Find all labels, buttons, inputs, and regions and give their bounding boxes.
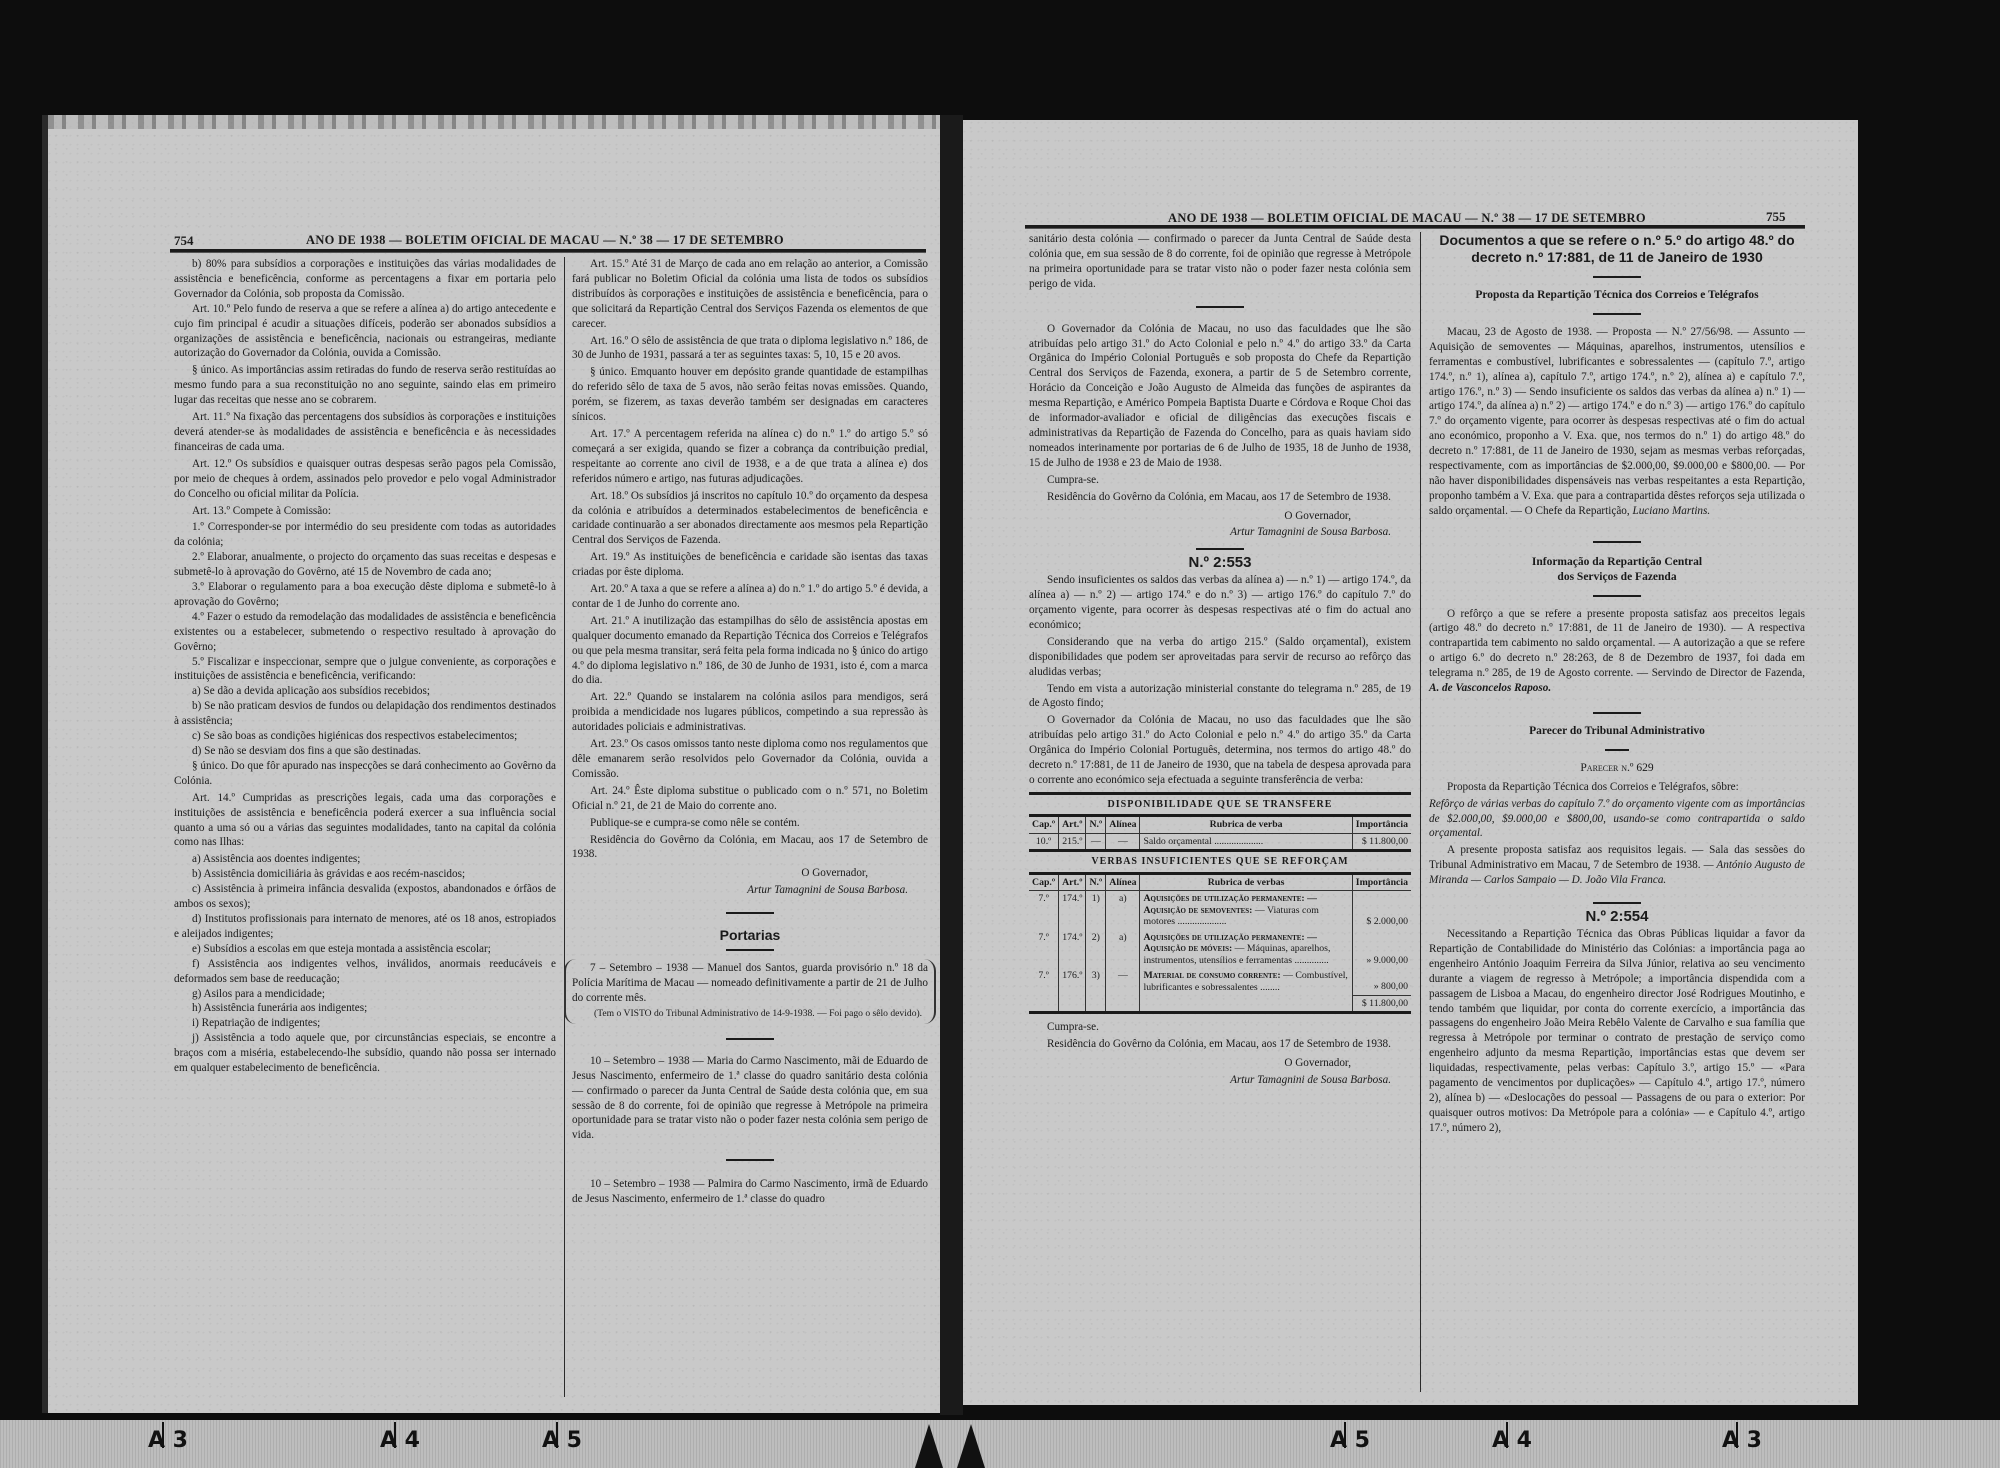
n2554-text: Necessitando a Repartição Técnica das Ob…: [1429, 927, 1805, 1136]
separator: [726, 1159, 774, 1161]
frame-marker-label: A 3: [1722, 1428, 1762, 1453]
proposta-signer: Luciano Martins.: [1632, 505, 1710, 517]
table-row: 7.º176.º3)—Material de consumo corrente:…: [1029, 968, 1411, 995]
residencia-text: Residência do Govêrno da Colónia, em Mac…: [1029, 490, 1411, 505]
table-column-header: Importância: [1352, 816, 1411, 834]
article-paragraph: Art. 11.º Na fixação das percentagens do…: [174, 410, 556, 455]
table-column-header: N.º: [1086, 816, 1106, 834]
separator: [1196, 548, 1244, 550]
frame-marker-label: A 4: [380, 1428, 420, 1453]
signature-name: Artur Tamagnini de Sousa Barbosa.: [1029, 1073, 1411, 1088]
table-row: 10.º215.º——Saldo orçamental ............…: [1029, 833, 1411, 851]
cell-cap: 7.º: [1029, 930, 1059, 969]
frame-marker-label: A 5: [542, 1428, 582, 1453]
article-paragraph: i) Repatriação de indigentes;: [174, 1016, 556, 1031]
signature-title: O Governador,: [1029, 509, 1411, 524]
article-paragraph: b) 80% para subsídios a corporações e in…: [174, 257, 556, 302]
cell-art: 215.º: [1059, 833, 1086, 851]
article-paragraph: Art. 23.º Os casos omissos tanto neste d…: [572, 737, 928, 782]
separator: [726, 912, 774, 914]
article-paragraph: d) Institutos profissionais para interna…: [174, 912, 556, 942]
center-alignment-wedge-right: [957, 1424, 985, 1468]
portaria-entry-bracketed: 7 – Setembro – 1938 — Manuel dos Santos,…: [564, 959, 936, 1024]
article-paragraph: Art. 12.º Os subsídios e quaisquer outra…: [174, 457, 556, 502]
table-header-row: Cap.ºArt.ºN.ºAlíneaRubrica de verbaImpor…: [1029, 816, 1411, 834]
table-column-header: Cap.º: [1029, 873, 1059, 891]
left-page-column-1: b) 80% para subsídios a corporações e in…: [174, 257, 556, 1076]
informacao-body: O refôrço a que se refere a presente pro…: [1429, 608, 1805, 680]
informacao-signer: A. de Vasconcelos Raposo.: [1429, 682, 1551, 694]
table-total: $ 11.800,00: [1352, 995, 1411, 1013]
table-row: 7.º174.º1)a)Aquisições de utilização per…: [1029, 891, 1411, 930]
cell-n: —: [1086, 833, 1106, 851]
signature-name: Artur Tamagnini de Sousa Barbosa.: [572, 883, 928, 898]
page-top-edge: [48, 115, 940, 129]
diploma-number-2553: N.º 2:553: [1029, 556, 1411, 571]
article-paragraph: Art. 18.º Os subsídios já inscritos no c…: [572, 489, 928, 549]
right-page-column-1: sanitário desta colónia — confirmado o p…: [1029, 232, 1411, 1094]
center-alignment-wedge-left: [915, 1424, 943, 1468]
cell-rubrica: Saldo orçamental ....................: [1140, 833, 1352, 851]
section-title-portarias: Portarias: [572, 928, 928, 943]
separator: [1593, 313, 1641, 315]
separator: [726, 949, 774, 951]
running-head: ANO DE 1938 — BOLETIM OFICIAL DE MACAU —…: [1168, 211, 1646, 226]
cell-art: 176.º: [1059, 968, 1086, 995]
article-paragraph: h) Assistência funerária aos indigentes;: [174, 1001, 556, 1016]
separator: [1593, 541, 1641, 543]
article-paragraph: § único. Do que fôr apurado nas inspecçõ…: [174, 759, 556, 789]
signature-title: O Governador,: [572, 866, 928, 881]
documents-title: Documentos a que se refere o n.º 5.º do …: [1429, 232, 1805, 266]
table-caption-transfer: DISPONIBILIDADE QUE SE TRANSFERE: [1029, 793, 1411, 816]
cell-alinea: a): [1106, 891, 1140, 930]
table-column-header: Rubrica de verbas: [1140, 873, 1352, 891]
article-paragraph: c) Assistência à primeira infância desva…: [174, 882, 556, 912]
cell-rubrica: Aquisições de utilização permanente: — A…: [1140, 891, 1352, 930]
signature-title: O Governador,: [1029, 1056, 1411, 1071]
article-paragraph: 1.º Corresponder-se por intermédio do se…: [174, 520, 556, 550]
article-paragraph: 4.º Fazer o estudo da remodelação das mo…: [174, 610, 556, 655]
article-paragraph: Art. 20.º A taxa a que se refere a alíne…: [572, 582, 928, 612]
proposta-text: Macau, 23 de Agosto de 1938. — Proposta …: [1429, 325, 1805, 519]
portaria-1-note: (Tem o VISTO do Tribunal Administrativo …: [572, 1008, 928, 1020]
table-column-header: Art.º: [1059, 816, 1086, 834]
microfilm-edge-strip: A 3 A 4 A 5 A 5 A 4 A 3: [0, 1420, 2000, 1468]
parecer-number: Parecer n.º 629: [1429, 761, 1805, 776]
cell-importancia: » 800,00: [1352, 968, 1411, 995]
separator: [1593, 595, 1641, 597]
frame-marker: A 4: [1492, 1428, 1532, 1453]
diploma-number-2554: N.º 2:554: [1429, 910, 1805, 925]
table-column-header: Cap.º: [1029, 816, 1059, 834]
separator: [1593, 712, 1641, 714]
article-paragraph: Art. 19.º As instituições de beneficênci…: [572, 550, 928, 580]
frame-marker-label: A 3: [148, 1428, 188, 1453]
parecer-text: A presente proposta satisfaz aos requisi…: [1429, 843, 1805, 888]
cell-cap: 7.º: [1029, 968, 1059, 995]
cell-n: 1): [1086, 891, 1106, 930]
separator: [1593, 902, 1641, 904]
right-page-755: ANO DE 1938 — BOLETIM OFICIAL DE MACAU —…: [963, 120, 1858, 1405]
page-number: 755: [1766, 209, 1786, 225]
article-paragraph: a) Se dão a devida aplicação aos subsídi…: [174, 684, 556, 699]
decree-paragraph: Considerando que na verba do artigo 215.…: [1029, 635, 1411, 680]
frame-marker-label: A 4: [1492, 1428, 1532, 1453]
article-paragraph: e) Subsídios a escolas em que esteja mon…: [174, 942, 556, 957]
cell-alinea: a): [1106, 930, 1140, 969]
article-paragraph: f) Assistência aos indigentes velhos, in…: [174, 957, 556, 987]
rubrica-heading: Material de consumo corrente:: [1143, 970, 1280, 981]
proposta-title: Proposta da Repartição Técnica dos Corre…: [1429, 288, 1805, 303]
frame-marker-label: A 5: [1330, 1428, 1370, 1453]
cell-n: 3): [1086, 968, 1106, 995]
article-paragraph: Art. 24.º Êste diploma substitue o publi…: [572, 784, 928, 814]
left-page-column-2: Art. 15.º Até 31 de Março de cada ano em…: [572, 257, 928, 1209]
decree-paragraph: O Governador da Colónia de Macau, no uso…: [1029, 713, 1411, 788]
proposta-body: Macau, 23 de Agosto de 1938. — Proposta …: [1429, 326, 1805, 517]
article-paragraph: Art. 22.º Quando se instalarem na colóni…: [572, 690, 928, 735]
running-head: ANO DE 1938 — BOLETIM OFICIAL DE MACAU —…: [306, 233, 784, 248]
separator: [726, 1038, 774, 1040]
cell-art: 174.º: [1059, 891, 1086, 930]
informacao-title-line-1: Informação da Repartição Central: [1429, 555, 1805, 570]
article-paragraph: Publique-se e cumpra-se como nêle se con…: [572, 816, 928, 831]
table-column-header: N.º: [1086, 873, 1106, 891]
article-paragraph: Art. 17.º A percentagem referida na alín…: [572, 427, 928, 487]
frame-marker: A 4: [380, 1428, 420, 1453]
article-paragraph: a) Assistência aos doentes indigentes;: [174, 852, 556, 867]
article-paragraph: 3.º Elaborar o regulamento para a boa ex…: [174, 580, 556, 610]
separator: [1196, 306, 1244, 308]
cell-cap: 10.º: [1029, 833, 1059, 851]
article-paragraph: Residência do Govêrno da Colónia, em Mac…: [572, 833, 928, 863]
column-divider: [564, 257, 565, 1397]
article-paragraph: Art. 10.º Pelo fundo de reserva a que se…: [174, 302, 556, 362]
residencia-text: Residência do Govêrno da Colónia, em Mac…: [1029, 1037, 1411, 1052]
cell-rubrica: Aquisições de utilização permanente: — A…: [1140, 930, 1352, 969]
decree-paragraph: Sendo insuficientes os saldos das verbas…: [1029, 573, 1411, 633]
right-page-column-2: Documentos a que se refere o n.º 5.º do …: [1429, 232, 1805, 1138]
informacao-title-line-2: dos Serviços de Fazenda: [1429, 570, 1805, 585]
portaria-3: 10 – Setembro – 1938 — Palmira do Carmo …: [572, 1177, 928, 1207]
cell-cap: 7.º: [1029, 891, 1059, 930]
portaria-1: 7 – Setembro – 1938 — Manuel dos Santos,…: [572, 961, 928, 1006]
portaria-2: 10 – Setembro – 1938 — Maria do Carmo Na…: [572, 1054, 928, 1143]
article-paragraph: § único. Emquanto houver em depósito gra…: [572, 365, 928, 425]
column-divider: [1420, 232, 1421, 1392]
header-rule: [170, 249, 926, 253]
article-paragraph: Art. 13.º Compete à Comissão:: [174, 504, 556, 519]
cell-importancia: $ 11.800,00: [1352, 833, 1411, 851]
table-column-header: Alínea: [1106, 873, 1140, 891]
cell-alinea: —: [1106, 968, 1140, 995]
table-column-header: Rubrica de verba: [1140, 816, 1352, 834]
exoneration-text: O Governador da Colónia de Macau, no uso…: [1029, 322, 1411, 471]
informacao-text: O refôrço a que se refere a presente pro…: [1429, 607, 1805, 696]
article-paragraph: 5.º Fiscalizar e inspeccionar, sempre qu…: [174, 655, 556, 685]
article-paragraph: Art. 14.º Cumpridas as prescrições legai…: [174, 791, 556, 851]
cell-rubrica: Material de consumo corrente: — Combustí…: [1140, 968, 1352, 995]
article-paragraph: Art. 15.º Até 31 de Março de cada ano em…: [572, 257, 928, 332]
frame-marker: A 5: [1330, 1428, 1370, 1453]
parecer-subject-detail: Refôrço de várias verbas do capítulo 7.º…: [1429, 797, 1805, 842]
article-paragraph: § único. As importâncias assim retiradas…: [174, 363, 556, 408]
cell-importancia: $ 2.000,00: [1352, 891, 1411, 930]
table-header-row: Cap.ºArt.ºN.ºAlíneaRubrica de verbasImpo…: [1029, 873, 1411, 891]
parecer-subject: Proposta da Repartição Técnica dos Corre…: [1429, 780, 1805, 795]
header-rule: [1025, 225, 1805, 229]
article-paragraph: g) Asilos para a mendicidade;: [174, 987, 556, 1002]
frame-marker: A 3: [148, 1428, 188, 1453]
frame-marker: A 3: [1722, 1428, 1762, 1453]
table-column-header: Importância: [1352, 873, 1411, 891]
table-column-header: Alínea: [1106, 816, 1140, 834]
table-total-row: $ 11.800,00: [1029, 995, 1411, 1013]
table-column-header: Art.º: [1059, 873, 1086, 891]
article-paragraph: Art. 16.º O sêlo de assistência de que t…: [572, 334, 928, 364]
cumpra-se: Cumpra-se.: [1029, 473, 1411, 488]
table-caption-reinforce: VERBAS INSUFICIENTES QUE SE REFORÇAM: [1029, 851, 1411, 874]
budget-transfer-table: DISPONIBILIDADE QUE SE TRANSFERE Cap.ºAr…: [1029, 792, 1411, 1015]
book-gutter: [940, 115, 963, 1415]
parecer-title: Parecer do Tribunal Administrativo: [1429, 724, 1805, 739]
page-number: 754: [174, 233, 194, 249]
article-paragraph: b) Se não praticam desvios de fundos ou …: [174, 699, 556, 729]
table-row: 7.º174.º2)a)Aquisições de utilização per…: [1029, 930, 1411, 969]
frame-marker: A 5: [542, 1428, 582, 1453]
article-paragraph: Art. 21.º A inutilização das estampilhas…: [572, 614, 928, 689]
cumpra-se: Cumpra-se.: [1029, 1020, 1411, 1035]
left-page-754: 754 ANO DE 1938 — BOLETIM OFICIAL DE MAC…: [42, 115, 940, 1413]
cell-n: 2): [1086, 930, 1106, 969]
signature-name: Artur Tamagnini de Sousa Barbosa.: [1029, 525, 1411, 540]
separator: [1605, 749, 1629, 751]
cell-art: 174.º: [1059, 930, 1086, 969]
cell-importancia: » 9.000,00: [1352, 930, 1411, 969]
article-paragraph: b) Assistência domiciliária às grávidas …: [174, 867, 556, 882]
article-paragraph: j) Assistência a todo aquele que, por ci…: [174, 1031, 556, 1076]
article-paragraph: d) Se não se desviam dos fins a que são …: [174, 744, 556, 759]
article-paragraph: c) Se são boas as condições higiénicas d…: [174, 729, 556, 744]
cell-alinea: —: [1106, 833, 1140, 851]
decree-paragraph: Tendo em vista a autorização ministerial…: [1029, 682, 1411, 712]
article-paragraph: 2.º Elaborar, anualmente, o projecto do …: [174, 550, 556, 580]
separator: [1593, 276, 1641, 278]
portaria-3-continued: sanitário desta colónia — confirmado o p…: [1029, 232, 1411, 292]
